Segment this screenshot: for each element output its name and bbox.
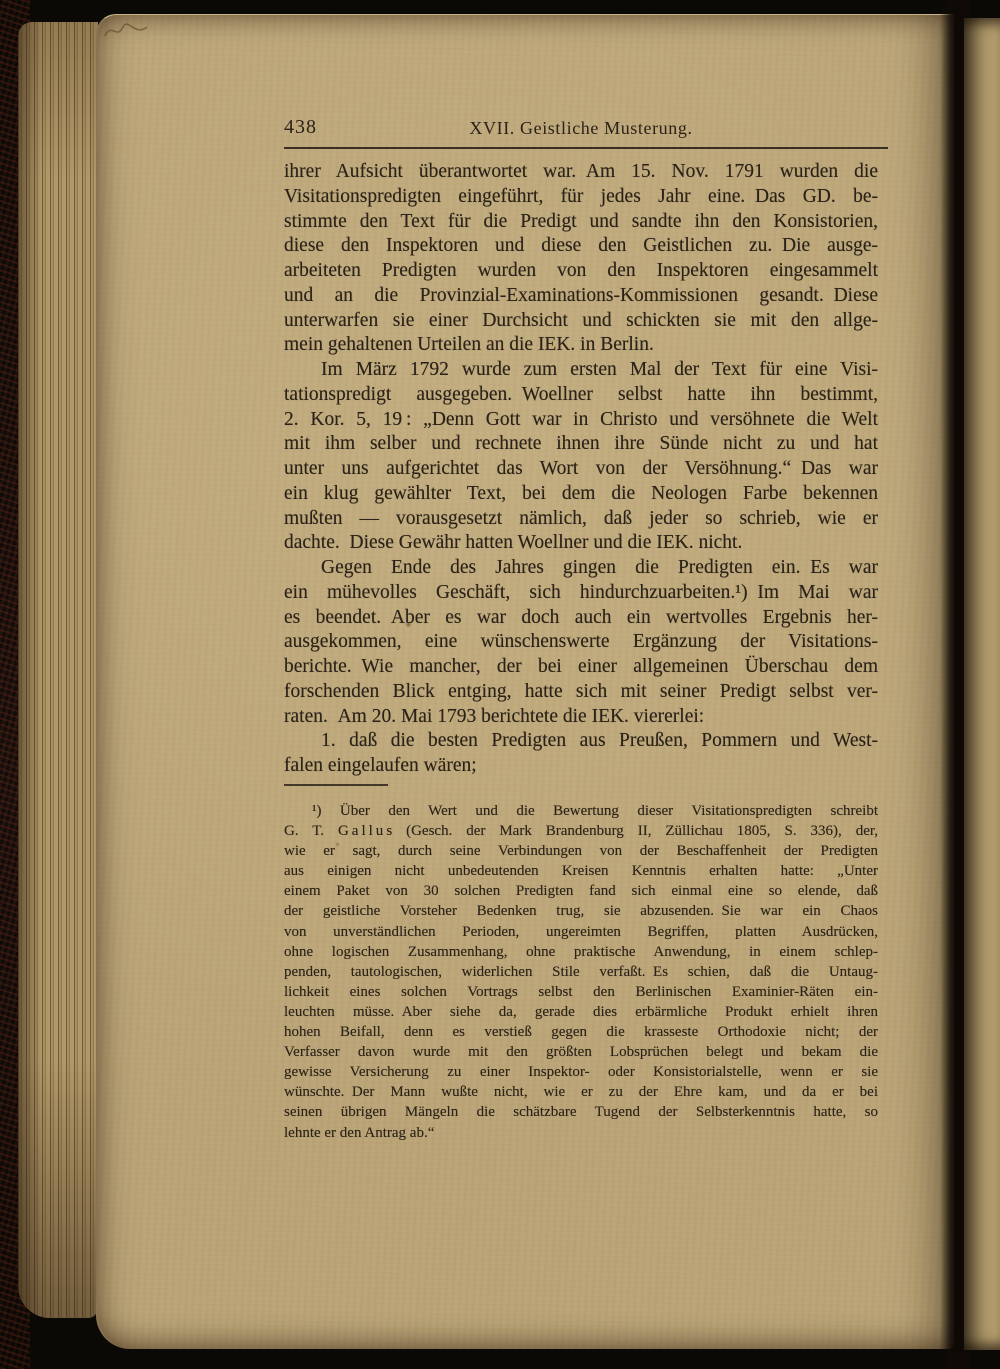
body-line: berichte. Wie mancher, der bei einer all…: [284, 655, 878, 680]
footnote-separator: [284, 784, 388, 786]
footnote-line: lichkeit eines solchen Vortrags selbst d…: [284, 982, 878, 1002]
body-line: raten. Am 20. Mai 1793 berichtete die IE…: [284, 705, 878, 730]
page-stack-edge: [18, 22, 98, 1318]
body-line: 1. daß die besten Predigten aus Preußen,…: [284, 729, 878, 754]
body-line: ein klug gewählter Text, bei dem die Neo…: [284, 482, 878, 507]
body-line: mußten — vorausgesetzt nämlich, daß jede…: [284, 507, 878, 532]
body-line: 2. Kor. 5, 19 : „Denn Gott war in Christ…: [284, 408, 878, 433]
footnote-line: wünschte. Der Mann wußte nicht, wie er z…: [284, 1082, 878, 1102]
body-line: unterwarfen sie einer Durchsicht und sch…: [284, 309, 878, 334]
footnote-line: aus einigen nicht unbedeutenden Kreisen …: [284, 861, 878, 881]
body-line: tationspredigt ausgegeben. Woellner selb…: [284, 383, 878, 408]
footnote-line: seinen übrigen Mängeln die schätzbare Tu…: [284, 1102, 878, 1122]
corner-mark: [102, 18, 152, 46]
footnote: ¹) Über den Wert und die Bewertung diese…: [284, 801, 878, 1143]
page-header: 438 XVII. Geistliche Musterung.: [284, 116, 878, 144]
paragraph: Im März 1792 wurde zum ersten Mal der Te…: [284, 358, 878, 556]
footnote-line: hohen Beifall, denn es verstieß gegen di…: [284, 1022, 878, 1042]
footnote-line: G. T. G a l l u s (Gesch. der Mark Brand…: [284, 821, 878, 841]
footnote-line: lehnte er den Antrag ab.“: [284, 1123, 878, 1143]
footnote-line: penden, tautologischen, widerlichen Stil…: [284, 962, 878, 982]
body-line: forschenden Blick entging, hatte sich mi…: [284, 680, 878, 705]
body-line: Gegen Ende des Jahres gingen die Predigt…: [284, 556, 878, 581]
body-line: diese den Inspektoren und diese den Geis…: [284, 234, 878, 259]
body-line: ein mühevolles Geschäft, sich hindurchzu…: [284, 581, 878, 606]
body-line: falen eingelaufen wären;: [284, 754, 878, 779]
facing-page-edge: [964, 18, 1000, 1350]
header-rule: [284, 147, 888, 149]
body-line: Im März 1792 wurde zum ersten Mal der Te…: [284, 358, 878, 383]
body-line: ausgekommen, eine wünschenswerte Ergänzu…: [284, 630, 878, 655]
footnote-line: einem Paket von 30 solchen Predigten fan…: [284, 881, 878, 901]
paragraph: ihrer Aufsicht überantwortet war. Am 15.…: [284, 160, 878, 358]
footnote-line: gewisse Versicherung zu einer Inspektor-…: [284, 1062, 878, 1082]
body-line: und an die Provinzial-Examinations-Kommi…: [284, 284, 878, 309]
footnote-line: leuchten müsse. Aber siehe da, gerade di…: [284, 1002, 878, 1022]
body-line: stimmte den Text für die Predigt und san…: [284, 210, 878, 235]
body-line: arbeiteten Predigten wurden von den Insp…: [284, 259, 878, 284]
running-title: XVII. Geistliche Musterung.: [284, 118, 878, 139]
body-line: ihrer Aufsicht überantwortet war. Am 15.…: [284, 160, 878, 185]
body-text: ihrer Aufsicht überantwortet war. Am 15.…: [284, 160, 878, 779]
paragraph: 1. daß die besten Predigten aus Preußen,…: [284, 729, 878, 779]
footnote-line: der geistliche Vorsteher Bedenken trug, …: [284, 901, 878, 921]
body-line: dachte. Diese Gewähr hatten Woellner und…: [284, 531, 878, 556]
footnote-line: ¹) Über den Wert und die Bewertung diese…: [284, 801, 878, 821]
body-line: mein gehaltenen Urteilen an die IEK. in …: [284, 333, 878, 358]
paragraph: Gegen Ende des Jahres gingen die Predigt…: [284, 556, 878, 729]
footnote-line: wie er sagt, durch seine Verbindungen vo…: [284, 841, 878, 861]
body-line: unter uns aufgerichtet das Wort von der …: [284, 457, 878, 482]
body-line: Visitationspredigten eingeführt, für jed…: [284, 185, 878, 210]
body-line: es beendet. Aber es war doch auch ein we…: [284, 606, 878, 631]
body-line: mit ihm selber und rechnete ihnen ihre S…: [284, 432, 878, 457]
footnote-line: ohne logischen Zusammenhang, ohne prakti…: [284, 942, 878, 962]
book-photo: 438 XVII. Geistliche Musterung. ihrer Au…: [0, 0, 1000, 1369]
footnote-line: Verfasser davon wurde mit den größten Lo…: [284, 1042, 878, 1062]
footnote-line: von unverständlichen Perioden, ungereimt…: [284, 922, 878, 942]
